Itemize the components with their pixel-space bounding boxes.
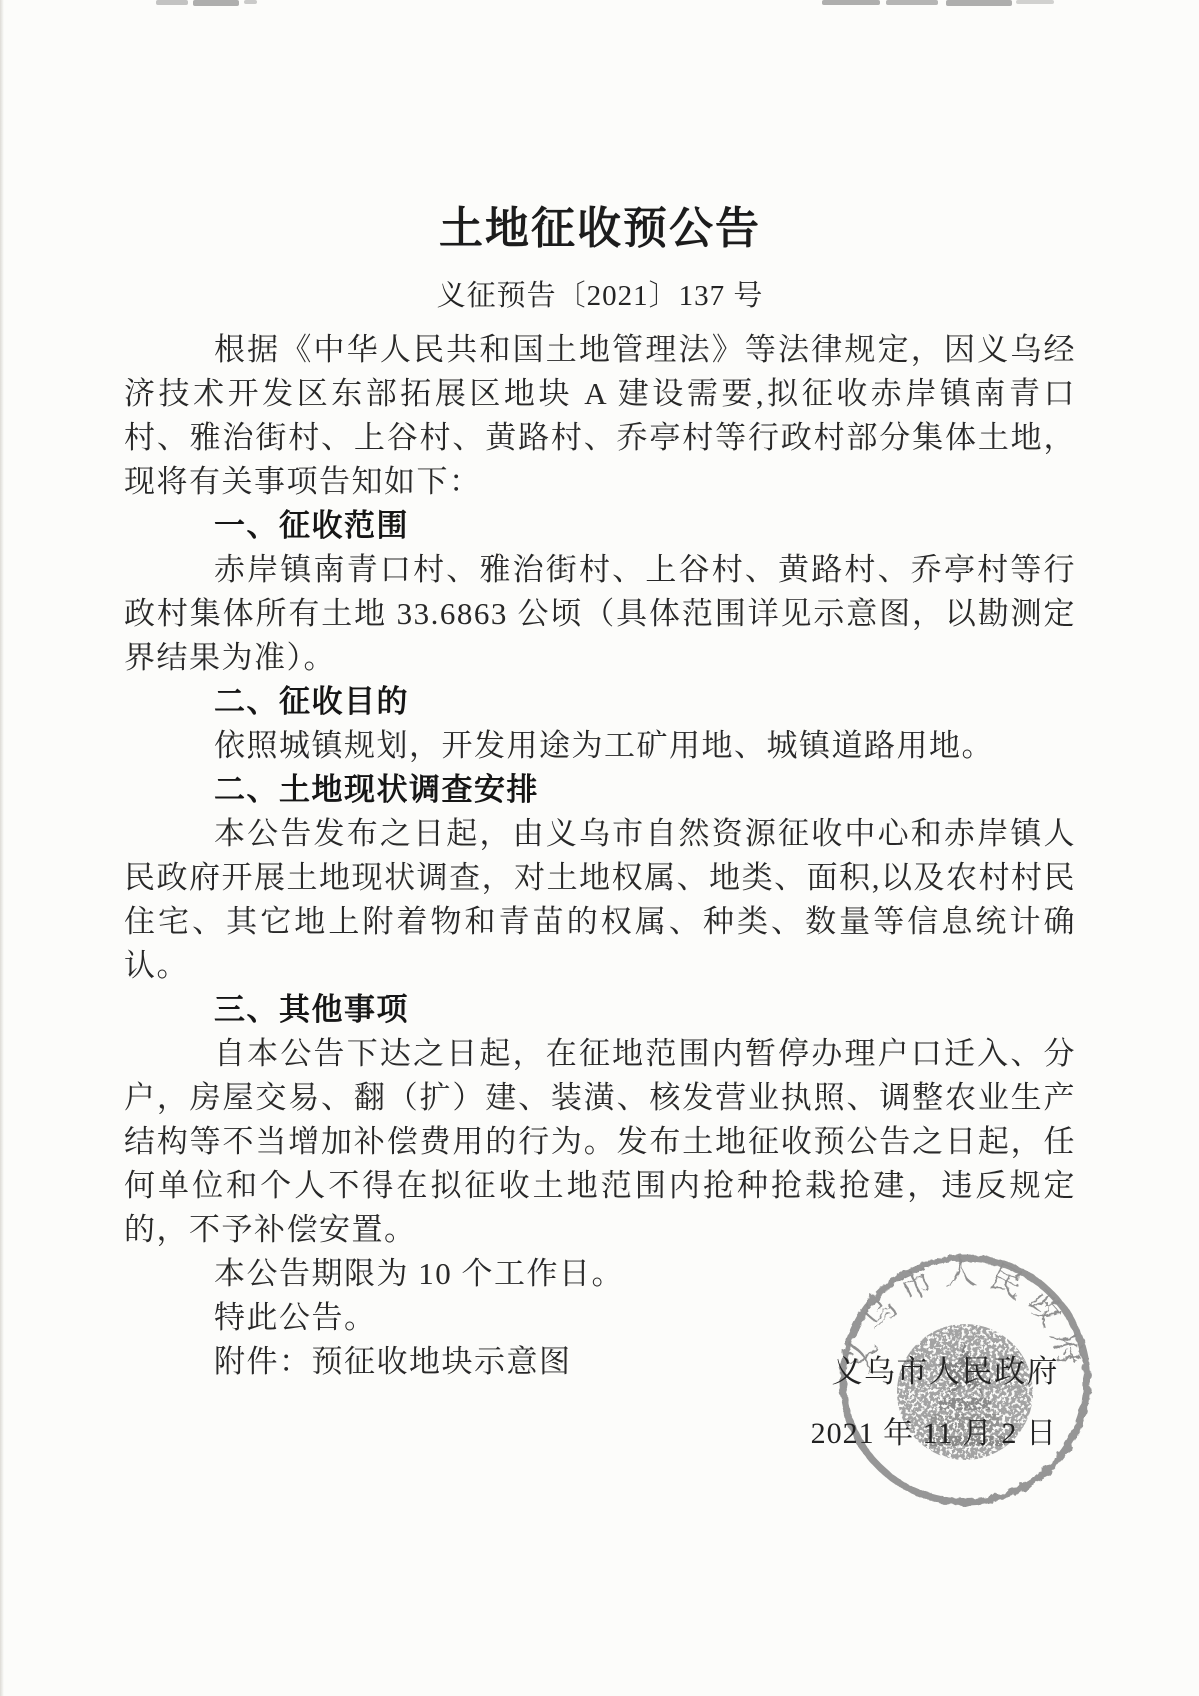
paragraph: 赤岸镇南青口村、雅治街村、上谷村、黄路村、乔亭村等行政村集体所有土地 33.68… [124, 548, 1076, 680]
document-page: 土地征收预公告 义征预告〔2021〕137 号 根据《中华人民共和国土地管理法》… [0, 0, 1199, 1696]
document-number: 义征预告〔2021〕137 号 [124, 276, 1076, 316]
signature-authority: 义乌市人民政府 [832, 1346, 1060, 1391]
paragraph: 依照城镇规划，开发用途为工矿用地、城镇道路用地。 [124, 724, 1076, 768]
section-heading: 二、土地现状调查安排 [124, 768, 1076, 812]
section-heading: 三、其他事项 [124, 988, 1076, 1032]
scan-artifact [193, 0, 239, 6]
scan-artifact [886, 0, 938, 5]
scan-artifact [1016, 0, 1054, 4]
section-heading: 二、征收目的 [124, 680, 1076, 724]
scan-artifact [946, 0, 1012, 6]
signature-date: 2021 年 11 月 2 日 [811, 1408, 1057, 1452]
paragraph: 本公告发布之日起，由义乌市自然资源征收中心和赤岸镇人民政府开展土地现状调查，对土… [124, 812, 1076, 988]
section-heading: 一、征收范围 [124, 504, 1076, 548]
paragraph-list: 根据《中华人民共和国土地管理法》等法律规定，因义乌经济技术开发区东部拓展区地块 … [124, 328, 1076, 1384]
scan-artifact [244, 0, 257, 4]
scan-artifact [822, 0, 880, 5]
announcement-content: 土地征收预公告 义征预告〔2021〕137 号 根据《中华人民共和国土地管理法》… [124, 200, 1076, 1384]
scan-artifact [156, 0, 188, 5]
scan-edge-shadow [0, 0, 4, 1696]
document-title: 土地征收预公告 [124, 200, 1076, 258]
paragraph: 根据《中华人民共和国土地管理法》等法律规定，因义乌经济技术开发区东部拓展区地块 … [124, 328, 1076, 504]
paragraph: 自本公告下达之日起，在征地范围内暂停办理户口迁入、分户，房屋交易、翻（扩）建、装… [124, 1032, 1076, 1252]
